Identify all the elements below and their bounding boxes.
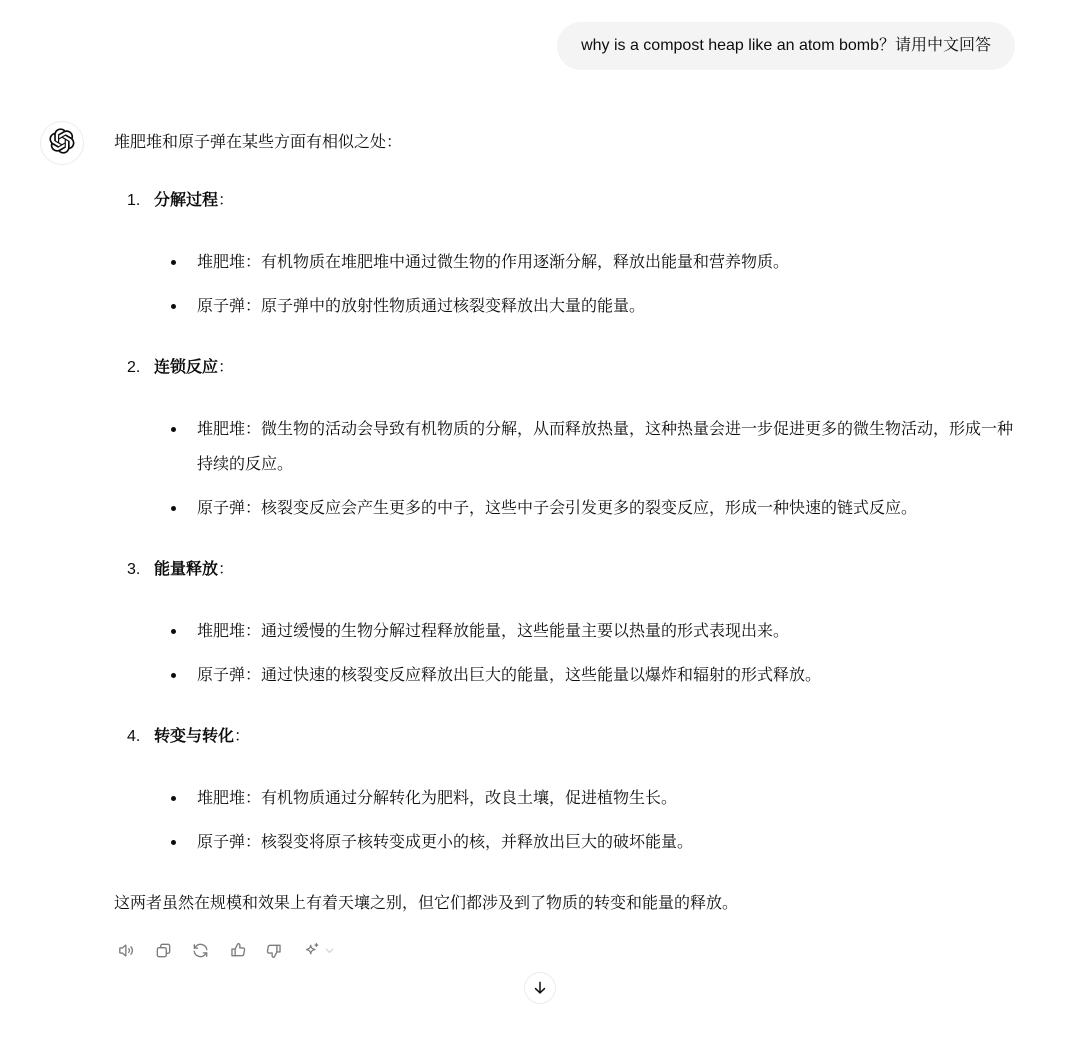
scroll-to-bottom-button[interactable] — [524, 972, 556, 1004]
numbered-list: 1.分解过程： 堆肥堆：有机物质在堆肥堆中通过微生物的作用逐渐分解，释放出能量和… — [114, 187, 1015, 860]
assistant-conclusion: 这两者虽然在规模和效果上有着天壤之别，但它们都涉及到了物质的转变和能量的释放。 — [114, 890, 1015, 918]
copy-icon — [154, 941, 173, 960]
scroll-button-container — [0, 972, 1080, 1004]
model-switch-button[interactable] — [299, 938, 339, 962]
response-toolbar — [114, 938, 1015, 962]
assistant-message: 堆肥堆和原子弹在某些方面有相似之处： 1.分解过程： 堆肥堆：有机物质在堆肥堆中… — [114, 121, 1015, 962]
thumbs-down-icon — [265, 941, 284, 960]
bullet-list: 堆肥堆：有机物质通过分解转化为肥料，改良土壤，促进植物生长。 原子弹：核裂变将原… — [127, 781, 1015, 860]
section-heading: 1.分解过程： — [127, 187, 1015, 215]
list-item: 2.连锁反应： 堆肥堆：微生物的活动会导致有机物质的分解，从而释放热量，这种热量… — [127, 354, 1015, 526]
bullet-list: 堆肥堆：有机物质在堆肥堆中通过微生物的作用逐渐分解，释放出能量和营养物质。 原子… — [127, 245, 1015, 324]
bullet-item: 原子弹：核裂变反应会产生更多的中子，这些中子会引发更多的裂变反应，形成一种快速的… — [197, 491, 1015, 526]
section-colon: ： — [218, 192, 234, 209]
list-number: 4. — [127, 723, 154, 751]
read-aloud-icon — [117, 941, 136, 960]
arrow-down-icon — [531, 979, 549, 997]
section-title: 转变与转化 — [154, 728, 234, 745]
thumbs-up-button[interactable] — [225, 938, 249, 962]
list-number: 3. — [127, 556, 154, 584]
section-colon: ： — [218, 359, 234, 376]
section-heading: 2.连锁反应： — [127, 354, 1015, 382]
bullet-item: 堆肥堆：有机物质在堆肥堆中通过微生物的作用逐渐分解，释放出能量和营养物质。 — [197, 245, 1015, 280]
section-colon: ： — [218, 561, 234, 578]
bullet-item: 原子弹：通过快速的核裂变反应释放出巨大的能量，这些能量以爆炸和辐射的形式释放。 — [197, 658, 1015, 693]
bullet-item: 原子弹：原子弹中的放射性物质通过核裂变释放出大量的能量。 — [197, 289, 1015, 324]
chevron-down-icon — [323, 944, 336, 957]
list-item: 3.能量释放： 堆肥堆：通过缓慢的生物分解过程释放能量，这些能量主要以热量的形式… — [127, 556, 1015, 693]
openai-logo-icon — [49, 128, 75, 159]
section-heading: 4.转变与转化： — [127, 723, 1015, 751]
regenerate-button[interactable] — [188, 938, 212, 962]
list-item: 4.转变与转化： 堆肥堆：有机物质通过分解转化为肥料，改良土壤，促进植物生长。 … — [127, 723, 1015, 860]
user-message-text: why is a compost heap like an atom bomb？… — [581, 37, 991, 54]
bullet-item: 原子弹：核裂变将原子核转变成更小的核，并释放出巨大的破坏能量。 — [197, 825, 1015, 860]
user-message-row: why is a compost heap like an atom bomb？… — [0, 0, 1080, 70]
section-title: 连锁反应 — [154, 359, 218, 376]
section-heading: 3.能量释放： — [127, 556, 1015, 584]
thumbs-down-button[interactable] — [262, 938, 286, 962]
section-title: 分解过程 — [154, 192, 218, 209]
bullet-item: 堆肥堆：有机物质通过分解转化为肥料，改良土壤，促进植物生长。 — [197, 781, 1015, 816]
user-message-bubble: why is a compost heap like an atom bomb？… — [557, 22, 1015, 70]
read-aloud-button[interactable] — [114, 938, 138, 962]
assistant-avatar — [40, 121, 84, 165]
bullet-item: 堆肥堆：通过缓慢的生物分解过程释放能量，这些能量主要以热量的形式表现出来。 — [197, 614, 1015, 649]
copy-button[interactable] — [151, 938, 175, 962]
list-number: 2. — [127, 354, 154, 382]
list-item: 1.分解过程： 堆肥堆：有机物质在堆肥堆中通过微生物的作用逐渐分解，释放出能量和… — [127, 187, 1015, 324]
bullet-list: 堆肥堆：微生物的活动会导致有机物质的分解，从而释放热量，这种热量会进一步促进更多… — [127, 412, 1015, 526]
bullet-list: 堆肥堆：通过缓慢的生物分解过程释放能量，这些能量主要以热量的形式表现出来。 原子… — [127, 614, 1015, 693]
thumbs-up-icon — [228, 941, 247, 960]
chat-view: why is a compost heap like an atom bomb？… — [0, 0, 1080, 1004]
sparkle-icon — [302, 941, 321, 960]
regenerate-icon — [191, 941, 210, 960]
section-title: 能量释放 — [154, 561, 218, 578]
assistant-message-row: 堆肥堆和原子弹在某些方面有相似之处： 1.分解过程： 堆肥堆：有机物质在堆肥堆中… — [0, 70, 1080, 962]
section-colon: ： — [234, 728, 250, 745]
list-number: 1. — [127, 187, 154, 215]
assistant-intro: 堆肥堆和原子弹在某些方面有相似之处： — [114, 129, 1015, 157]
bullet-item: 堆肥堆：微生物的活动会导致有机物质的分解，从而释放热量，这种热量会进一步促进更多… — [197, 412, 1015, 482]
